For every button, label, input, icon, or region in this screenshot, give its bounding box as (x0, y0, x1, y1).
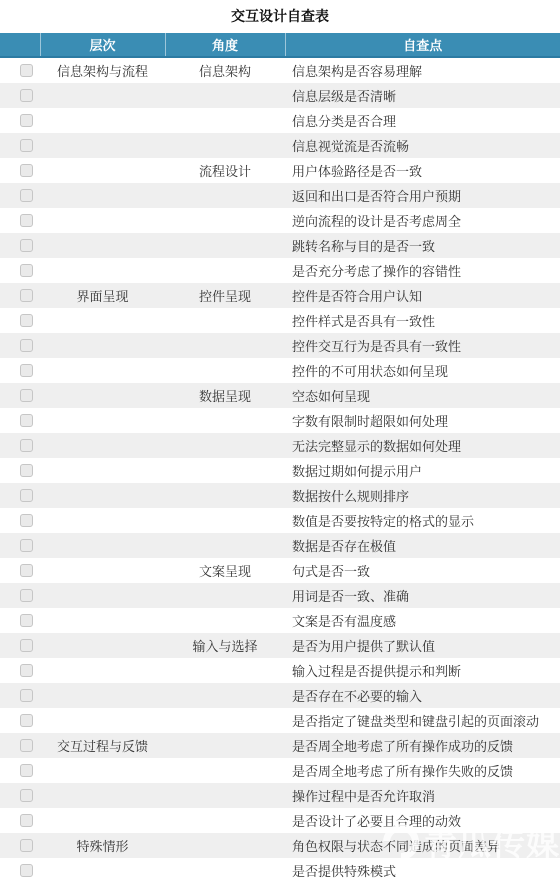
table-row: 操作过程中是否允许取消 (0, 783, 560, 808)
table-body: 信息架构与流程 信息架构 信息架构是否容易理解 信息层级是否清晰 信息分类是否合… (0, 57, 560, 883)
row-point: 角色权限与状态不同造成的页面差异 (285, 833, 560, 858)
row-checkbox[interactable] (20, 364, 33, 377)
row-level (40, 433, 165, 458)
row-angle (165, 658, 285, 683)
row-checkbox-cell (0, 358, 40, 383)
row-point: 信息架构是否容易理解 (285, 57, 560, 83)
row-angle (165, 108, 285, 133)
row-point: 逆向流程的设计是否考虑周全 (285, 208, 560, 233)
row-point: 输入过程是否提供提示和判断 (285, 658, 560, 683)
row-point: 无法完整显示的数据如何处理 (285, 433, 560, 458)
row-angle (165, 458, 285, 483)
row-checkbox-cell (0, 108, 40, 133)
row-level (40, 558, 165, 583)
row-angle (165, 533, 285, 558)
page-title: 交互设计自查表 (0, 0, 560, 33)
table-row: 用词是否一致、准确 (0, 583, 560, 608)
row-point: 用户体验路径是否一致 (285, 158, 560, 183)
row-level (40, 408, 165, 433)
row-checkbox-cell (0, 583, 40, 608)
row-angle (165, 683, 285, 708)
row-point: 控件是否符合用户认知 (285, 283, 560, 308)
row-checkbox[interactable] (20, 439, 33, 452)
row-point: 是否指定了键盘类型和键盘引起的页面滚动 (285, 708, 560, 733)
row-level (40, 308, 165, 333)
row-checkbox-cell (0, 558, 40, 583)
table-row: 输入与选择 是否为用户提供了默认值 (0, 633, 560, 658)
row-checkbox[interactable] (20, 214, 33, 227)
row-checkbox[interactable] (20, 714, 33, 727)
table-row: 数值是否要按特定的格式的显示 (0, 508, 560, 533)
header-point: 自查点 (285, 33, 560, 57)
row-level: 交互过程与反馈 (40, 733, 165, 758)
table-row: 信息架构与流程 信息架构 信息架构是否容易理解 (0, 57, 560, 83)
table-row: 界面呈现 控件呈现 控件是否符合用户认知 (0, 283, 560, 308)
row-point: 是否为用户提供了默认值 (285, 633, 560, 658)
row-checkbox[interactable] (20, 614, 33, 627)
row-checkbox[interactable] (20, 564, 33, 577)
row-checkbox[interactable] (20, 289, 33, 302)
row-level: 特殊情形 (40, 833, 165, 858)
row-level (40, 333, 165, 358)
table-row: 文案呈现 句式是否一致 (0, 558, 560, 583)
row-level: 信息架构与流程 (40, 57, 165, 83)
row-point: 信息视觉流是否流畅 (285, 133, 560, 158)
row-checkbox[interactable] (20, 114, 33, 127)
row-checkbox-cell (0, 83, 40, 108)
table-row: 数据是否存在极值 (0, 533, 560, 558)
row-point: 信息分类是否合理 (285, 108, 560, 133)
row-checkbox[interactable] (20, 764, 33, 777)
row-checkbox-cell (0, 383, 40, 408)
row-checkbox-cell (0, 208, 40, 233)
row-angle (165, 208, 285, 233)
row-level (40, 758, 165, 783)
row-checkbox-cell (0, 133, 40, 158)
row-level (40, 858, 165, 883)
row-checkbox[interactable] (20, 789, 33, 802)
table-row: 流程设计 用户体验路径是否一致 (0, 158, 560, 183)
row-checkbox[interactable] (20, 339, 33, 352)
row-point: 是否存在不必要的输入 (285, 683, 560, 708)
row-point: 是否周全地考虑了所有操作成功的反馈 (285, 733, 560, 758)
row-level (40, 658, 165, 683)
checklist-page: 交互设计自查表 层次 角度 自查点 信息架构与流程 信息架构 信息架构是否容易理… (0, 0, 560, 883)
row-checkbox[interactable] (20, 839, 33, 852)
row-checkbox[interactable] (20, 489, 33, 502)
row-point: 是否设计了必要且合理的动效 (285, 808, 560, 833)
table-row: 文案是否有温度感 (0, 608, 560, 633)
row-checkbox[interactable] (20, 864, 33, 877)
row-angle: 流程设计 (165, 158, 285, 183)
row-angle (165, 758, 285, 783)
header-angle: 角度 (165, 33, 285, 57)
table-row: 数据呈现 空态如何呈现 (0, 383, 560, 408)
checklist-table: 层次 角度 自查点 信息架构与流程 信息架构 信息架构是否容易理解 信息层级是否… (0, 33, 560, 883)
row-point: 控件样式是否具有一致性 (285, 308, 560, 333)
row-checkbox-cell (0, 158, 40, 183)
row-angle (165, 733, 285, 758)
row-checkbox[interactable] (20, 639, 33, 652)
row-checkbox[interactable] (20, 814, 33, 827)
row-checkbox[interactable] (20, 539, 33, 552)
table-row: 特殊情形 角色权限与状态不同造成的页面差异 (0, 833, 560, 858)
row-point: 是否提供特殊模式 (285, 858, 560, 883)
table-row: 信息视觉流是否流畅 (0, 133, 560, 158)
row-checkbox[interactable] (20, 414, 33, 427)
row-angle (165, 583, 285, 608)
row-angle (165, 858, 285, 883)
row-point: 用词是否一致、准确 (285, 583, 560, 608)
table-row: 逆向流程的设计是否考虑周全 (0, 208, 560, 233)
table-header-row: 层次 角度 自查点 (0, 33, 560, 57)
row-level: 界面呈现 (40, 283, 165, 308)
row-point: 信息层级是否清晰 (285, 83, 560, 108)
row-angle: 文案呈现 (165, 558, 285, 583)
row-point: 跳转名称与目的是否一致 (285, 233, 560, 258)
table-row: 返回和出口是否符合用户预期 (0, 183, 560, 208)
row-checkbox[interactable] (20, 189, 33, 202)
row-point: 控件的不可用状态如何呈现 (285, 358, 560, 383)
row-checkbox[interactable] (20, 664, 33, 677)
row-level (40, 83, 165, 108)
row-checkbox[interactable] (20, 514, 33, 527)
row-angle: 数据呈现 (165, 383, 285, 408)
row-level (40, 233, 165, 258)
row-checkbox-cell (0, 733, 40, 758)
row-checkbox-cell (0, 458, 40, 483)
row-angle (165, 333, 285, 358)
row-checkbox[interactable] (20, 239, 33, 252)
row-point: 数据按什么规则排序 (285, 483, 560, 508)
table-row: 数据按什么规则排序 (0, 483, 560, 508)
row-level (40, 458, 165, 483)
row-level (40, 508, 165, 533)
row-angle (165, 258, 285, 283)
row-point: 空态如何呈现 (285, 383, 560, 408)
row-level (40, 608, 165, 633)
row-checkbox[interactable] (20, 689, 33, 702)
table-row: 是否提供特殊模式 (0, 858, 560, 883)
row-angle (165, 808, 285, 833)
row-checkbox-cell (0, 533, 40, 558)
table-row: 无法完整显示的数据如何处理 (0, 433, 560, 458)
row-checkbox-cell (0, 708, 40, 733)
row-level (40, 183, 165, 208)
row-checkbox[interactable] (20, 264, 33, 277)
row-level (40, 158, 165, 183)
row-level (40, 383, 165, 408)
row-angle (165, 708, 285, 733)
row-checkbox-cell (0, 233, 40, 258)
row-checkbox[interactable] (20, 89, 33, 102)
row-level (40, 533, 165, 558)
row-level (40, 483, 165, 508)
row-level (40, 108, 165, 133)
row-checkbox[interactable] (20, 464, 33, 477)
row-level (40, 708, 165, 733)
table-row: 数据过期如何提示用户 (0, 458, 560, 483)
row-checkbox[interactable] (20, 139, 33, 152)
row-point: 数据是否存在极值 (285, 533, 560, 558)
row-checkbox-cell (0, 258, 40, 283)
row-level (40, 583, 165, 608)
row-checkbox[interactable] (20, 589, 33, 602)
table-row: 交互过程与反馈 是否周全地考虑了所有操作成功的反馈 (0, 733, 560, 758)
row-angle (165, 308, 285, 333)
table-row: 是否充分考虑了操作的容错性 (0, 258, 560, 283)
row-checkbox-cell (0, 833, 40, 858)
row-checkbox-cell (0, 183, 40, 208)
row-checkbox[interactable] (20, 389, 33, 402)
row-level (40, 783, 165, 808)
row-checkbox-cell (0, 308, 40, 333)
row-angle: 输入与选择 (165, 633, 285, 658)
row-angle: 信息架构 (165, 57, 285, 83)
row-angle (165, 183, 285, 208)
row-level (40, 258, 165, 283)
table-row: 控件交互行为是否具有一致性 (0, 333, 560, 358)
row-level (40, 633, 165, 658)
row-checkbox-cell (0, 858, 40, 883)
row-angle (165, 358, 285, 383)
row-checkbox-cell (0, 333, 40, 358)
row-angle (165, 508, 285, 533)
row-point: 文案是否有温度感 (285, 608, 560, 633)
header-level: 层次 (40, 33, 165, 57)
row-point: 字数有限制时超限如何处理 (285, 408, 560, 433)
row-point: 返回和出口是否符合用户预期 (285, 183, 560, 208)
row-level (40, 808, 165, 833)
row-checkbox-cell (0, 433, 40, 458)
row-point: 句式是否一致 (285, 558, 560, 583)
table-row: 控件的不可用状态如何呈现 (0, 358, 560, 383)
row-angle (165, 133, 285, 158)
table-row: 是否周全地考虑了所有操作失败的反馈 (0, 758, 560, 783)
row-checkbox-cell (0, 683, 40, 708)
row-angle (165, 433, 285, 458)
row-angle (165, 783, 285, 808)
row-point: 是否充分考虑了操作的容错性 (285, 258, 560, 283)
header-checkbox-column (0, 33, 40, 57)
row-level (40, 133, 165, 158)
row-angle (165, 833, 285, 858)
table-row: 控件样式是否具有一致性 (0, 308, 560, 333)
row-point: 操作过程中是否允许取消 (285, 783, 560, 808)
row-angle (165, 83, 285, 108)
row-level (40, 208, 165, 233)
row-checkbox-cell (0, 283, 40, 308)
row-checkbox-cell (0, 633, 40, 658)
row-angle: 控件呈现 (165, 283, 285, 308)
table-row: 是否存在不必要的输入 (0, 683, 560, 708)
row-checkbox[interactable] (20, 739, 33, 752)
row-point: 控件交互行为是否具有一致性 (285, 333, 560, 358)
row-checkbox-cell (0, 783, 40, 808)
row-checkbox-cell (0, 608, 40, 633)
row-checkbox-cell (0, 57, 40, 83)
row-checkbox-cell (0, 508, 40, 533)
row-point: 是否周全地考虑了所有操作失败的反馈 (285, 758, 560, 783)
row-angle (165, 608, 285, 633)
row-angle (165, 233, 285, 258)
row-checkbox-cell (0, 808, 40, 833)
row-checkbox-cell (0, 408, 40, 433)
row-angle (165, 483, 285, 508)
table-row: 信息分类是否合理 (0, 108, 560, 133)
row-checkbox[interactable] (20, 164, 33, 177)
row-point: 数据过期如何提示用户 (285, 458, 560, 483)
row-level (40, 683, 165, 708)
table-row: 是否指定了键盘类型和键盘引起的页面滚动 (0, 708, 560, 733)
table-row: 信息层级是否清晰 (0, 83, 560, 108)
table-row: 字数有限制时超限如何处理 (0, 408, 560, 433)
row-level (40, 358, 165, 383)
row-checkbox[interactable] (20, 314, 33, 327)
table-row: 输入过程是否提供提示和判断 (0, 658, 560, 683)
table-row: 是否设计了必要且合理的动效 (0, 808, 560, 833)
row-checkbox-cell (0, 483, 40, 508)
row-point: 数值是否要按特定的格式的显示 (285, 508, 560, 533)
table-row: 跳转名称与目的是否一致 (0, 233, 560, 258)
row-checkbox-cell (0, 658, 40, 683)
row-checkbox-cell (0, 758, 40, 783)
row-angle (165, 408, 285, 433)
row-checkbox[interactable] (20, 64, 33, 77)
